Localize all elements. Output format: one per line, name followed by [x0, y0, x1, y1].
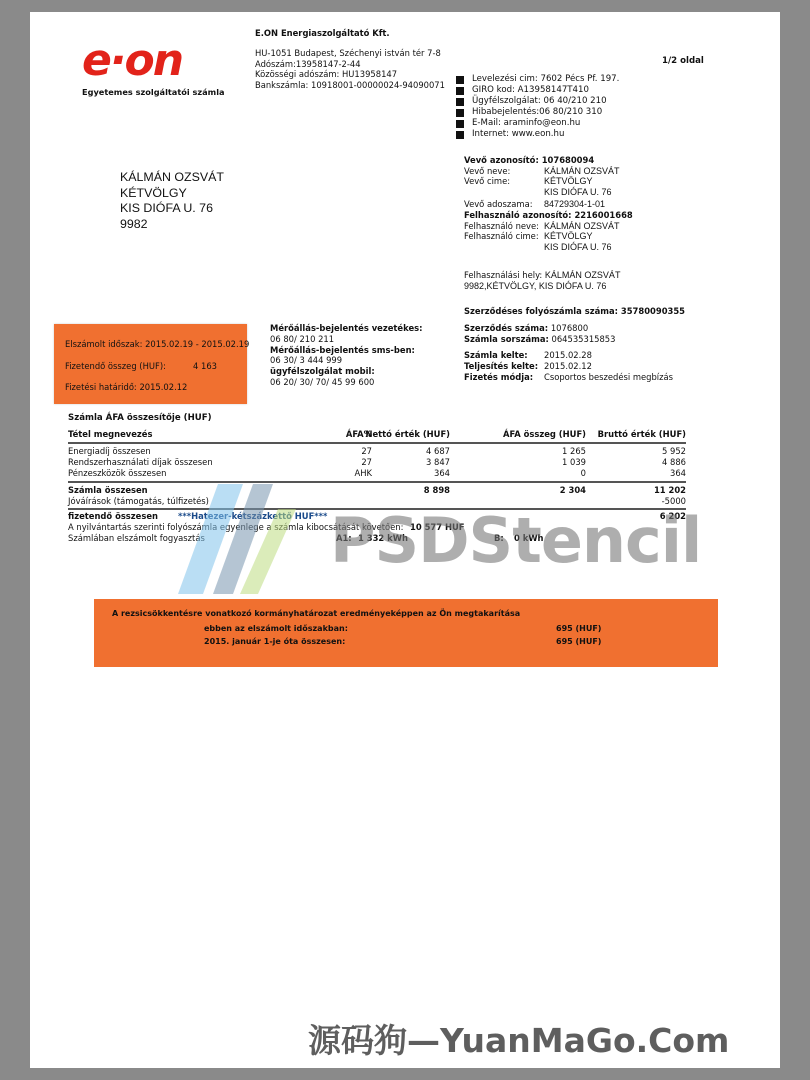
buyer-address-2: KIS DIÓFA U. 76: [544, 187, 612, 198]
watermark-overlay: PSDStencil: [330, 504, 701, 577]
savings-period-value: 695 (HUF): [556, 624, 601, 633]
user-id: Felhasználó azonosító: 2216001668: [464, 210, 633, 221]
meter-reporting-info: Mérőállás-bejelentés vezetékes: 06 80/ 2…: [270, 323, 422, 388]
svg-text:e·on: e·on: [82, 37, 182, 82]
company-info: E.ON Energiaszolgáltató Kft. HU-1051 Bud…: [255, 28, 445, 91]
addressee-city: KÉTVÖLGY: [120, 186, 224, 202]
user-address-1: KÉTVÖLGY: [544, 231, 593, 242]
eon-logo-icon: e·on: [80, 37, 210, 82]
watermark-stripes-icon: [178, 484, 318, 594]
payment-summary-box: Elszámolt időszak: 2015.02.19 - 2015.02.…: [54, 324, 247, 404]
addressee-block: KÁLMÁN OZSVÁT KÉTVÖLGY KIS DIÓFA U. 76 9…: [120, 170, 224, 232]
bullet-square-icon: [456, 120, 464, 128]
page-indicator: 1/2 oldal: [662, 56, 704, 66]
payment-deadline: Fizetési határidő: 2015.02.12: [65, 382, 187, 392]
invoice-serial: Számla sorszáma: 064535315853: [464, 334, 685, 345]
company-tax-number: Adószám:13958147-2-44: [255, 59, 445, 70]
table-row: Energiadíj összesen274 6871 2655 952: [68, 446, 686, 457]
bullet-square-icon: [456, 131, 464, 139]
bullet-square-icon: [456, 109, 464, 117]
bullet-square-icon: [456, 98, 464, 106]
buyer-tax: 84729304-1-01: [544, 199, 605, 210]
contact-list: Levelezési cim: 7602 Pécs Pf. 197. GIRO …: [456, 74, 619, 140]
amount-due: Fizetendő összeg (HUF):4 163: [65, 361, 166, 371]
total-row: Számla összesen8 8982 30411 202: [68, 485, 686, 496]
site-watermark: 源码狗—YuanMaGo.Com: [308, 1015, 729, 1062]
savings-ytd-value: 695 (HUF): [556, 637, 601, 646]
bullet-square-icon: [456, 87, 464, 95]
service-mobile: 06 20/ 30/ 70/ 45 99 600: [270, 377, 422, 388]
savings-title: A rezsicsökkentésre vonatkozó kormányhat…: [112, 609, 520, 618]
contract-info: Szerződéses folyószámla száma: 357800903…: [464, 306, 685, 383]
user-address-2: KIS DIÓFA U. 76: [544, 242, 612, 253]
contact-item: GIRO kod: A13958147T410: [456, 85, 619, 96]
contact-item: Ügyfélszolgálat: 06 40/210 210: [456, 96, 619, 107]
buyer-name: KÁLMÁN OZSVÁT: [544, 166, 620, 177]
company-bank-account: Bankszámla: 10918001-00000024-94090071: [255, 80, 445, 91]
addressee-street: KIS DIÓFA U. 76: [120, 201, 224, 217]
user-name: KÁLMÁN OZSVÁT: [544, 221, 620, 232]
company-name: E.ON Energiaszolgáltató Kft.: [255, 28, 445, 39]
usage-place: Felhasználási hely: KÁLMÁN OZSVÁT 9982,K…: [464, 270, 620, 292]
divider: [68, 442, 686, 444]
company-community-tax: Közösségi adószám: HU13958147: [255, 69, 445, 80]
divider: [68, 481, 686, 483]
meter-sms: 06 30/ 3 444 999: [270, 355, 422, 366]
contract-number: Szerződés száma: 1076800: [464, 323, 685, 334]
payment-method: Fizetés módja:Csoportos beszedési megbíz…: [464, 372, 685, 383]
contact-item: Hibabejelentés:06 80/210 310: [456, 107, 619, 118]
contact-item-email[interactable]: E-Mail: araminfo@eon.hu: [456, 118, 619, 129]
invoice-date: Számla kelte:2015.02.28: [464, 350, 685, 361]
contact-item-website[interactable]: Internet: www.eon.hu: [456, 129, 619, 140]
invoice-type-subtitle: Egyetemes szolgáltatói számla: [82, 87, 225, 97]
vat-table-body: Energiadíj összesen274 6871 2655 952 Ren…: [68, 446, 686, 479]
usage-place-name: KÁLMÁN OZSVÁT: [545, 270, 621, 280]
vat-summary-title: Számla ÁFA összesítője (HUF): [68, 413, 212, 423]
contact-item: Levelezési cim: 7602 Pécs Pf. 197.: [456, 74, 619, 85]
vat-table: Tétel megnevezés ÁFA% Nettó érték (HUF) …: [68, 429, 686, 440]
bullet-square-icon: [456, 76, 464, 84]
addressee-zip: 9982: [120, 217, 224, 233]
company-address: HU-1051 Budapest, Széchenyi istván tér 7…: [255, 48, 445, 59]
savings-box: A rezsicsökkentésre vonatkozó kormányhat…: [94, 599, 718, 667]
addressee-name: KÁLMÁN OZSVÁT: [120, 170, 224, 186]
usage-place-address: 9982,KÉTVÖLGY, KIS DIÓFA U. 76: [464, 281, 620, 292]
buyer-info: Vevő azonosító: 107680094 Vevő neve:KÁLM…: [464, 155, 633, 252]
table-row: Rendszerhasználati díjak összesen273 847…: [68, 457, 686, 468]
buyer-address-1: KÉTVÖLGY: [544, 176, 593, 187]
buyer-id: Vevő azonosító: 107680094: [464, 155, 633, 166]
table-header: Tétel megnevezés ÁFA% Nettó érték (HUF) …: [68, 429, 686, 440]
table-row: Pénzeszközök összesenAHK3640364: [68, 468, 686, 479]
meter-landline: 06 80/ 210 211: [270, 334, 422, 345]
billing-period: Elszámolt időszak: 2015.02.19 - 2015.02.…: [65, 339, 249, 349]
account-number: Szerződéses folyószámla száma: 357800903…: [464, 306, 685, 317]
invoice-page: e·on Egyetemes szolgáltatói számla E.ON …: [30, 12, 780, 1068]
fulfilment-date: Teljesítés kelte:2015.02.12: [464, 361, 685, 372]
